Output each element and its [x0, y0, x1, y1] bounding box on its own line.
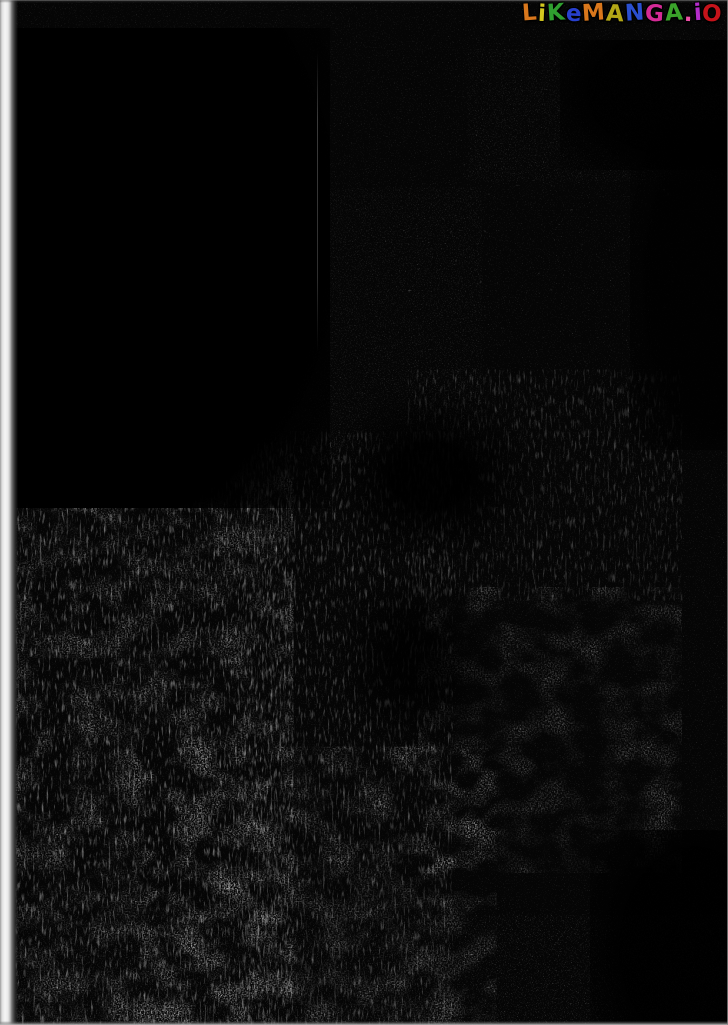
watermark-logo: LiKeMANGA.iO [522, 1, 723, 27]
watermark-letter: A [664, 0, 685, 27]
noise-region-bottom-strip [0, 920, 700, 1025]
page-bottom-edge [0, 1021, 728, 1025]
watermark-letter: G [644, 0, 665, 27]
watermark-letter: N [624, 0, 646, 27]
noise-region-halftone-streaks [420, 380, 670, 590]
page-left-edge [0, 0, 18, 1025]
watermark-letter: A [605, 1, 625, 28]
watermark-letter: L [521, 0, 538, 27]
crease-line [317, 52, 318, 352]
watermark-letter: K [546, 0, 567, 27]
manga-scan-page: LiKeMANGA.iO [0, 0, 728, 1025]
watermark-letter: O [702, 0, 724, 27]
watermark-letter: e [565, 1, 583, 28]
watermark-letter: M [581, 0, 607, 27]
scan-noise-texture [0, 0, 728, 1025]
